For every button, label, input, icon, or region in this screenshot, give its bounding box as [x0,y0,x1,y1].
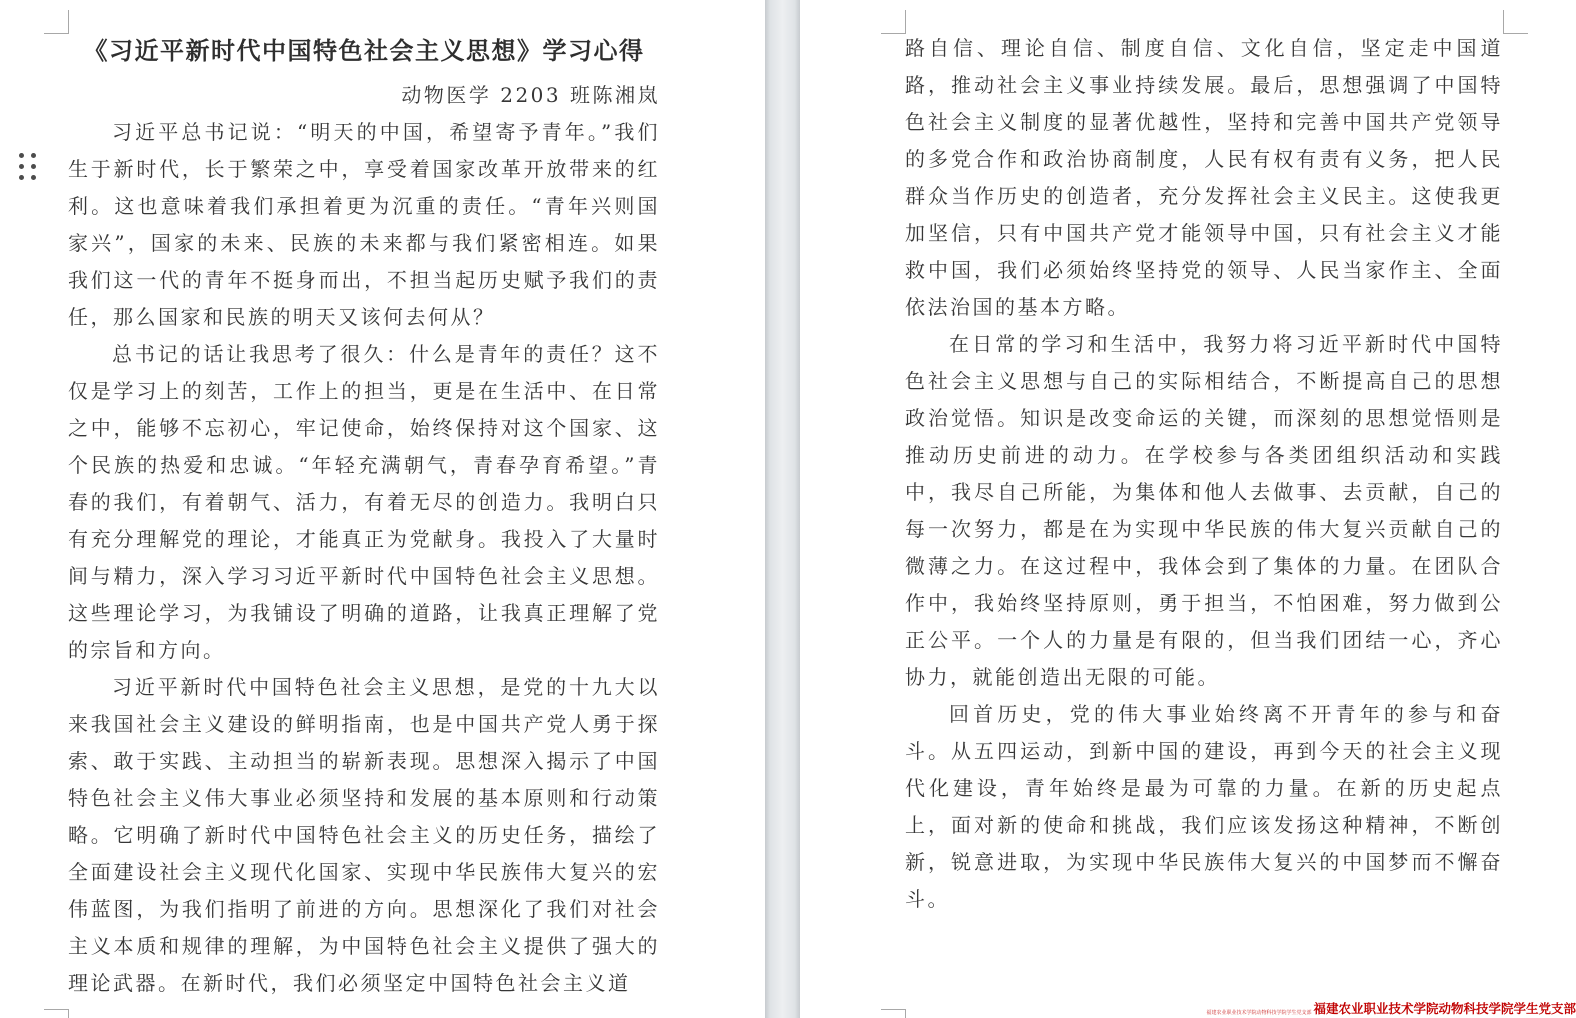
margin-mark-top-right [1503,10,1528,34]
page-gap [765,0,800,1018]
paragraph[interactable]: 习近平总书记说：“明天的中国，希望寄予青年。”我们生于新时代，长于繁荣之中，享受… [68,114,660,336]
paragraph[interactable]: 习近平新时代中国特色社会主义思想，是党的十九大以来我国社会主义建设的鲜明指南，也… [68,669,660,1002]
document-page-2: 路自信、理论自信、制度自信、文化自信，坚定走中国道路，推动社会主义事业持续发展。… [800,0,1576,1018]
page-2-text-area[interactable]: 路自信、理论自信、制度自信、文化自信，坚定走中国道路，推动社会主义事业持续发展。… [905,30,1503,918]
paragraph[interactable]: 在日常的学习和生活中，我努力将习近平新时代中国特色社会主义思想与自己的实际相结合… [905,326,1503,696]
dot [31,164,36,169]
dot [31,153,36,158]
author-line[interactable]: 动物医学 2203 班陈湘岚 [68,76,660,114]
dot [19,164,24,169]
paragraph[interactable]: 路自信、理论自信、制度自信、文化自信，坚定走中国道路，推动社会主义事业持续发展。… [905,30,1503,326]
document-title[interactable]: 《习近平新时代中国特色社会主义思想》学习心得 [68,30,660,72]
stamp-small-text: 福建农业职业技术学院动物科技学院学生党支部 [1206,1010,1311,1017]
party-branch-stamp: 福建农业职业技术学院动物科技学院学生党支部 福建农业职业技术学院动物科技学院学生… [1206,1002,1576,1017]
dot [19,153,24,158]
margin-mark-bottom-left [881,1009,906,1018]
page-1-text-area[interactable]: 《习近平新时代中国特色社会主义思想》学习心得 动物医学 2203 班陈湘岚 习近… [68,30,660,1002]
dot [31,175,36,180]
margin-mark-top-left [881,10,906,34]
margin-mark-bottom-left [44,1009,69,1018]
stamp-text: 福建农业职业技术学院动物科技学院学生党支部 [1313,1002,1576,1017]
dot [19,175,24,180]
drag-handle-icon[interactable] [19,153,36,180]
document-page-1: 《习近平新时代中国特色社会主义思想》学习心得 动物医学 2203 班陈湘岚 习近… [0,0,765,1018]
paragraph[interactable]: 总书记的话让我思考了很久：什么是青年的责任？这不仅是学习上的刻苦，工作上的担当，… [68,336,660,669]
document-view: 《习近平新时代中国特色社会主义思想》学习心得 动物医学 2203 班陈湘岚 习近… [0,0,1576,1018]
paragraph[interactable]: 回首历史，党的伟大事业始终离不开青年的参与和奋斗。从五四运动，到新中国的建设，再… [905,696,1503,918]
margin-mark-top-left [44,10,69,34]
